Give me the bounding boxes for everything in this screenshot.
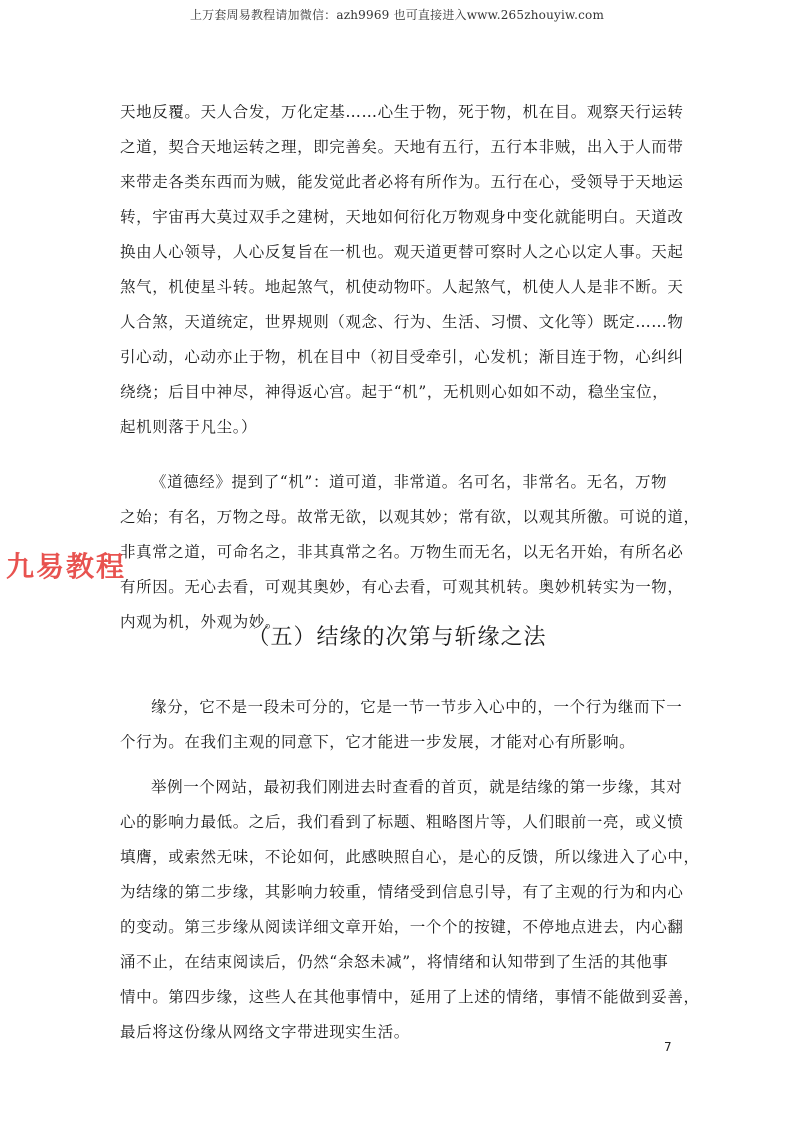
text-line: 的变动。第三步缘从阅读详细文章开始，一个个的按键，不停地点进去，内心翻 xyxy=(120,910,676,945)
text-line: 来带走各类东西而为贼，能发觉此者必将有所作为。五行在心，受领导于天地运 xyxy=(120,165,676,200)
text-line: 之道，契合天地运转之理，即完善矣。天地有五行，五行本非贼，出入于人而带 xyxy=(120,130,676,165)
text-line: 绕绕；后目中神尽，神得返心宫。起于“机”，无机则心如如不动，稳坐宝位， xyxy=(120,375,676,410)
text-line: 举例一个网站，最初我们刚进去时查看的首页，就是结缘的第一步缘，其对 xyxy=(120,770,676,805)
text-line: 为结缘的第二步缘，其影响力较重，情绪受到信息引导，有了主观的行为和内心 xyxy=(120,875,676,910)
paragraph-4: 举例一个网站，最初我们刚进去时查看的首页，就是结缘的第一步缘，其对 心的影响力最… xyxy=(120,770,676,1050)
paragraph-2: 《道德经》提到了“机”：道可道，非常道。名可名，非常名。无名，万物 之始；有名，… xyxy=(120,465,676,640)
text-line: 人合煞，天道统定，世界规则（观念、行为、生活、习惯、文化等）既定……物 xyxy=(120,305,676,340)
text-line: 非真常之道，可命名之，非其真常之名。万物生而无名，以无名开始，有所名必 xyxy=(120,535,676,570)
page-header-banner: 上万套周易教程请加微信：azh9969 也可直接进入www.265zhouyiw… xyxy=(0,6,794,23)
text-line: 换由人心领导，人心反复旨在一机也。观天道更替可察时人之心以定人事。天起 xyxy=(120,235,676,270)
text-line: 天地反覆。天人合发，万化定基……心生于物，死于物，机在目。观察天行运转 xyxy=(120,95,676,130)
text-line: 《道德经》提到了“机”：道可道，非常道。名可名，非常名。无名，万物 xyxy=(120,465,676,500)
text-line: 之始；有名，万物之母。故常无欲，以观其妙；常有欲，以观其所徼。可说的道， xyxy=(120,500,676,535)
text-line: 煞气，机使星斗转。地起煞气，机使动物吓。人起煞气，机使人人是非不断。天 xyxy=(120,270,676,305)
text-line: 个行为。在我们主观的同意下，它才能进一步发展，才能对心有所影响。 xyxy=(120,725,676,760)
section-title: （五）结缘的次第与斩缘之法 xyxy=(0,620,794,651)
paragraph-1: 天地反覆。天人合发，万化定基……心生于物，死于物，机在目。观察天行运转 之道，契… xyxy=(120,95,676,445)
text-line: 最后将这份缘从网络文字带进现实生活。 xyxy=(120,1015,676,1050)
text-line: 情中。第四步缘，这些人在其他事情中，延用了上述的情绪，事情不能做到妥善， xyxy=(120,980,676,1015)
text-line: 缘分，它不是一段未可分的，它是一节一节步入心中的，一个行为继而下一 xyxy=(120,690,676,725)
text-line: 有所因。无心去看，可观其奥妙，有心去看，可观其机转。奥妙机转实为一物， xyxy=(120,570,676,605)
watermark-logo: 九易教程 xyxy=(6,545,126,585)
text-line: 引心动，心动亦止于物，机在目中（初目受牵引，心发机；渐目连于物，心纠纠 xyxy=(120,340,676,375)
text-line: 起机则落于凡尘。） xyxy=(120,410,676,445)
text-line: 转，宇宙再大莫过双手之建树，天地如何衍化万物观身中变化就能明白。天道改 xyxy=(120,200,676,235)
text-line: 心的影响力最低。之后，我们看到了标题、粗略图片等，人们眼前一亮，或义愤 xyxy=(120,805,676,840)
text-line: 涌不止，在结束阅读后，仍然“余怒未减”，将情绪和认知带到了生活的其他事 xyxy=(120,945,676,980)
page-number: 7 xyxy=(664,1040,672,1054)
text-line: 填膺，或索然无味，不论如何，此感映照自心，是心的反馈，所以缘进入了心中， xyxy=(120,840,676,875)
paragraph-3: 缘分，它不是一段未可分的，它是一节一节步入心中的，一个行为继而下一 个行为。在我… xyxy=(120,690,676,760)
